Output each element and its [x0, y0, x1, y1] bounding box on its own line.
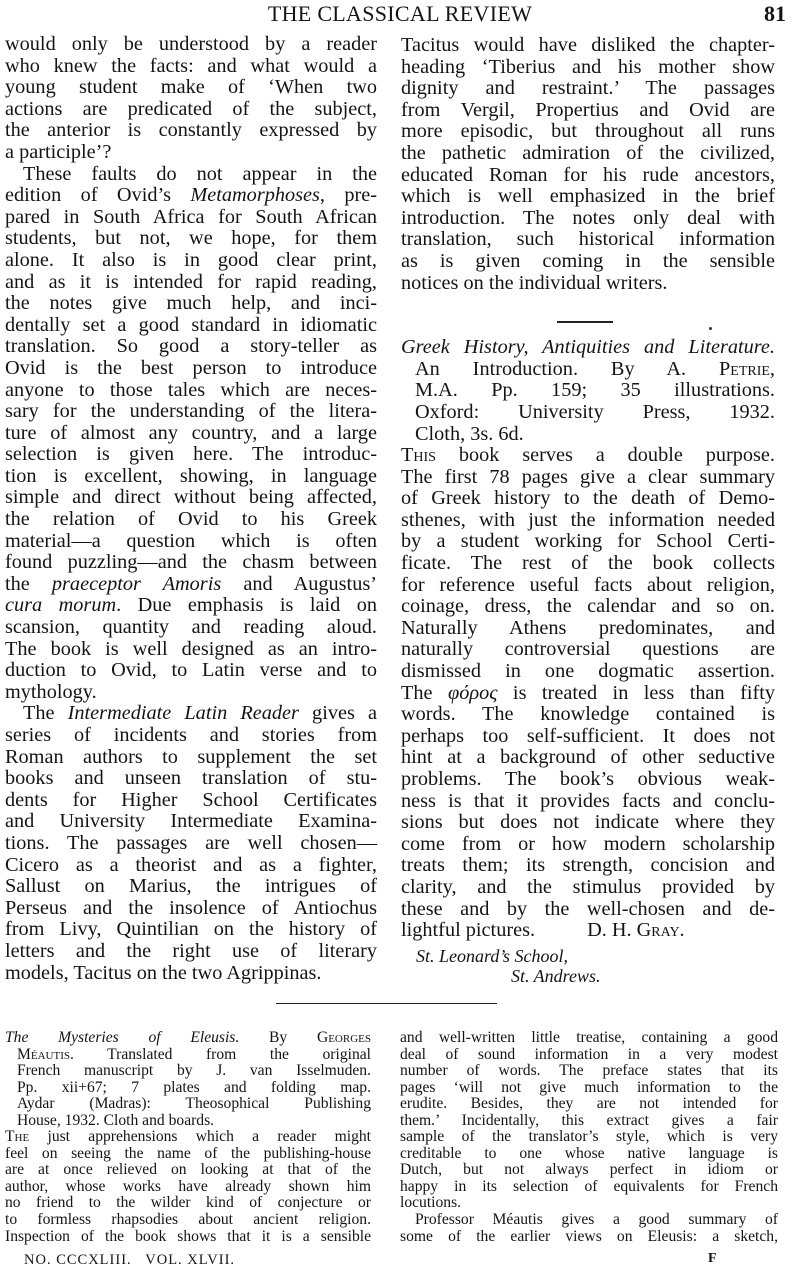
print-speck [709, 327, 712, 330]
text-line: tion is excellent, showing, in language [5, 466, 377, 488]
eleusis-citation: The Mysteries of Eleusis. By GeorgesMéau… [5, 1030, 371, 1129]
text-line: Naturally Athens predominates, and [401, 618, 775, 640]
text-line: pages ‘will not give much information to… [400, 1080, 778, 1097]
text-line: Cicero as a theorist and as a fighter, [5, 855, 377, 877]
text-line: scansion, quantity and reading aloud. [5, 617, 377, 639]
text-line: deal of sound information in a very mode… [400, 1047, 778, 1064]
text-line: Cloth, 3s. 6d. [415, 424, 775, 446]
text-line: number of words. The preface states that… [400, 1063, 778, 1080]
lower-left-column: The Mysteries of Eleusis. By GeorgesMéau… [5, 1030, 371, 1245]
text-line: French manuscript by J. van Isselmuden. [5, 1063, 371, 1080]
text-line: to formless rhapsodies about ancient rel… [5, 1212, 371, 1229]
text-line: and well-written little treatise, contai… [400, 1030, 778, 1047]
text-line: Méautis. Translated from the original [5, 1047, 371, 1064]
text-line: cura morum. Due emphasis is laid on [5, 595, 377, 617]
journal-title: THE CLASSICAL REVIEW [0, 1, 800, 27]
text-line: Sallust on Marius, the intrigues of [5, 876, 377, 898]
text-line: Roman authors to supplement the set [5, 747, 377, 769]
text-line: tions. The passages are well chosen— [5, 833, 377, 855]
text-line: M.A. Pp. 159; 35 illustrations. [415, 380, 775, 402]
text-line: translation, such historical information [401, 229, 775, 251]
text-line: dignity and restraint.’ The passages [401, 78, 775, 100]
text-line: from Vergil, Propertius and Ovid are [401, 100, 775, 122]
text-line: treats them; its strength, concision and [401, 855, 775, 877]
book-title: Greek History, Antiquities and Literatur… [401, 337, 775, 359]
text-line: These faults do not appear in the [5, 164, 377, 186]
text-line: hint at a background of other seductive [401, 747, 775, 769]
text-line: The first 78 pages give a clear summary [401, 467, 775, 489]
text-line: the relation of Ovid to his Greek [5, 509, 377, 531]
text-line: them.’ Incidentally, this extract gives … [400, 1113, 778, 1130]
reviewer-affiliation-line2: St. Andrews. [511, 966, 601, 987]
text-line: edition of Ovid’s Metamorphoses, pre- [5, 185, 377, 207]
text-line: material—a question which is often [5, 531, 377, 553]
reviewer-affiliation-line1: St. Leonard’s School, [416, 946, 568, 967]
text-line: pared in South Africa for South African [5, 207, 377, 229]
text-line: House, 1932. Cloth and boards. [5, 1113, 371, 1130]
text-line: The φόρος is treated in less than fifty [401, 683, 775, 705]
lower-right-column: and well-written little treatise, contai… [400, 1030, 778, 1245]
section-divider-short [557, 321, 613, 323]
text-line: duction to Ovid, to Latin verse and to [5, 660, 377, 682]
text-line: found puzzling—and the chasm between [5, 552, 377, 574]
text-line: perhaps too self-sufficient. It does not [401, 726, 775, 748]
text-line: would only be understood by a reader [5, 34, 377, 56]
text-line: An Introduction. By A. Petrie, [415, 359, 775, 381]
text-line: and University Intermediate Examina- [5, 811, 377, 833]
text-line: which is well emphasized in the brief [401, 186, 775, 208]
text-line: some of the earlier views on Eleusis: a … [400, 1229, 778, 1246]
text-line: anyone to those tales which are neces- [5, 380, 377, 402]
section-gap [401, 294, 775, 337]
text-line: sary for the understanding of the litera… [5, 401, 377, 423]
text-line: sthenes, with just the information neede… [401, 510, 775, 532]
text-line: locutions. [400, 1195, 778, 1212]
section-divider-long [276, 1003, 497, 1004]
text-line: for reference useful facts about religio… [401, 575, 775, 597]
text-line: Pp. xii+67; 7 plates and folding map. [5, 1080, 371, 1097]
text-line: translation. So good a story-teller as [5, 336, 377, 358]
text-line: letters and the right use of literary [5, 941, 377, 963]
text-line: as is given coming in the sensible [401, 251, 775, 273]
page-number: 81 [764, 1, 786, 27]
text-line: The book is well designed as an intro- [5, 639, 377, 661]
text-line: from Livy, Quintilian on the history of [5, 919, 377, 941]
text-line: sample of the translator’s style, which … [400, 1129, 778, 1146]
text-line: words. The knowledge contained is [401, 704, 775, 726]
text-line: Oxford: University Press, 1932. [415, 402, 775, 424]
text-line: happy in its selection of equivalents fo… [400, 1179, 778, 1196]
text-line: Dutch, but not always perfect in idiom o… [400, 1162, 778, 1179]
text-line: the praeceptor Amoris and Augustus’ [5, 574, 377, 596]
text-line: naturally controversial questions are [401, 639, 775, 661]
text-line: ficate. The rest of the book collects [401, 553, 775, 575]
text-line: sions but does not indicate where they [401, 812, 775, 834]
text-line: dentally set a good standard in idiomati… [5, 315, 377, 337]
text-line: come from or how modern scholarship [401, 834, 775, 856]
text-line: the pathetic admiration of the civilized… [401, 143, 775, 165]
text-line: clarity, and the stimulus provided by [401, 877, 775, 899]
text-line: no friend to the wilder kind of conjectu… [5, 1195, 371, 1212]
upper-left-column: would only be understood by a readerwho … [5, 34, 377, 984]
text-line: books and unseen translation of stu- [5, 768, 377, 790]
text-line: Aydar (Madras): Theosophical Publishing [5, 1096, 371, 1113]
text-line: series of incidents and stories from [5, 725, 377, 747]
upper-right-column: Tacitus would have disliked the chapter-… [401, 35, 775, 942]
text-line: author, whose works have already shown h… [5, 1179, 371, 1196]
text-line: more episodic, but throughout all runs [401, 121, 775, 143]
text-line: students, but not, we hope, for them [5, 228, 377, 250]
text-line: young student make of ‘When two [5, 77, 377, 99]
issue-volume-footer: NO. CCCXLIII. VOL. XLVII. [24, 1252, 235, 1269]
text-line: educated Roman for his rude ancestors, [401, 165, 775, 187]
text-line: dismissed in one dogmatic assertion. [401, 661, 775, 683]
signature-mark: F [708, 1251, 717, 1267]
text-line: who knew the facts: and what would a [5, 56, 377, 78]
text-line: and as it is intended for rapid reading, [5, 272, 377, 294]
greek-history-citation: Greek History, Antiquities and Literatur… [401, 337, 775, 445]
reviewer-signature: D. H. Gray. [587, 919, 685, 941]
text-line: erudite. Besides, they are not intended … [400, 1096, 778, 1113]
text-line: dents for Higher School Certificates [5, 790, 377, 812]
text-line: feel on seeing the name of the publishin… [5, 1146, 371, 1163]
text-line: problems. The book’s obvious weak- [401, 769, 775, 791]
running-head: THE CLASSICAL REVIEW 81 [0, 0, 800, 28]
text-line: a participle’? [5, 142, 377, 164]
text-line: The Mysteries of Eleusis. By Georges [5, 1030, 371, 1047]
text-line: ture of almost any country, and a large [5, 423, 377, 445]
text-line: actions are predicated of the subject, [5, 99, 377, 121]
text-line: the notes give much help, and inci- [5, 293, 377, 315]
text-line: Tacitus would have disliked the chapter- [401, 35, 775, 57]
text-line: lightful pictures.D. H. Gray. [401, 920, 775, 942]
text-line: creditable to one whose native language … [400, 1146, 778, 1163]
greek-history-review-body: This book serves a double purpose.The fi… [401, 445, 775, 942]
text-line: of Greek history to the death of Demo- [401, 488, 775, 510]
text-line: the anterior is constantly expressed by [5, 120, 377, 142]
text-line: Inspection of the book shows that it is … [5, 1229, 371, 1246]
text-line: The Intermediate Latin Reader gives a [5, 703, 377, 725]
text-line: This book serves a double purpose. [401, 445, 775, 467]
text-line: these and by the well-chosen and de- [401, 899, 775, 921]
text-line: simple and direct without being affected… [5, 487, 377, 509]
text-line: introduction. The notes only deal with [401, 208, 775, 230]
text-line: heading ‘Tiberius and his mother show [401, 57, 775, 79]
text-line: Professor Méautis gives a good summary o… [400, 1212, 778, 1229]
text-line: Perseus and the insolence of Antiochus [5, 898, 377, 920]
continued-review-text: Tacitus would have disliked the chapter-… [401, 35, 775, 294]
text-line: selection is given here. The introduc- [5, 444, 377, 466]
text-line: models, Tacitus on the two Agrippinas. [5, 963, 377, 985]
text-line: Ovid is the best person to introduce [5, 358, 377, 380]
text-line: alone. It also is in good clear print, [5, 250, 377, 272]
eleusis-review-body-left: The just apprehensions which a reader mi… [5, 1129, 371, 1245]
text-line: mythology. [5, 682, 377, 704]
text-line: The just apprehensions which a reader mi… [5, 1129, 371, 1146]
text-line: by a student working for School Certi- [401, 531, 775, 553]
text-line: are at once relieved on looking at that … [5, 1162, 371, 1179]
text-line: ness is that it provides facts and concl… [401, 791, 775, 813]
text-line: coinage, dress, the calendar and so on. [401, 596, 775, 618]
text-line: notices on the individual writers. [401, 273, 775, 295]
